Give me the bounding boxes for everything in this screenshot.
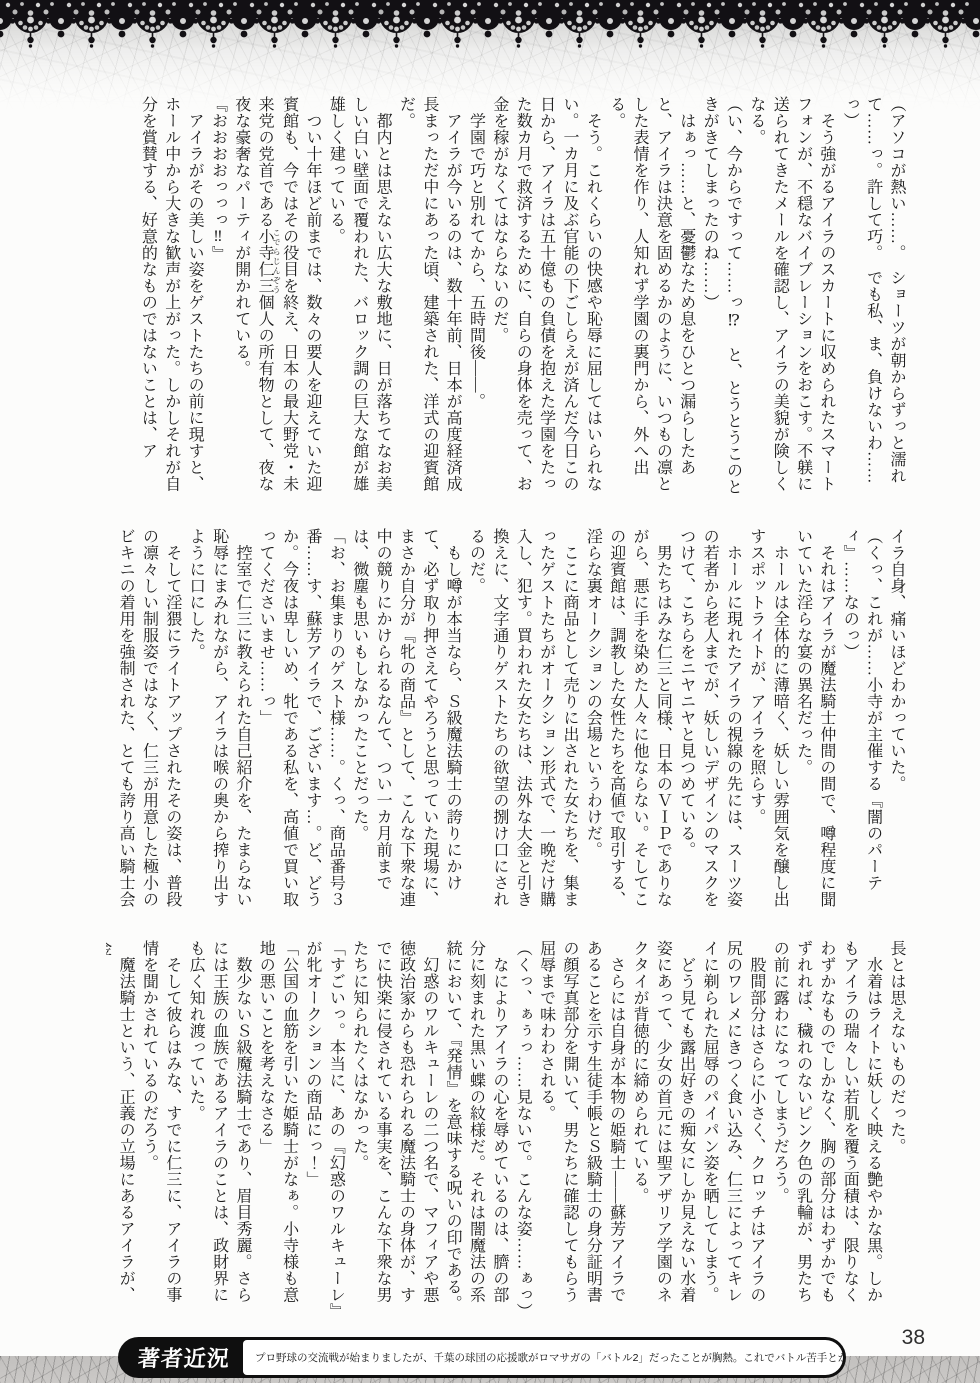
page-body: （アソコが熱い……。 ショーツが朝からずっと濡れて……っ。許して巧。 でも私、ま… bbox=[106, 96, 908, 1314]
paragraph: つい十年ほど前までは、数々の要人を迎えていた迎賓館も、今ではその役目を終え、日本… bbox=[229, 96, 324, 504]
paragraph: はぁっ……と、憂鬱なため息をひとつ漏らしたあと、アイラは決意を固めるかのように、… bbox=[604, 96, 697, 504]
paragraph: イラ自身、痛いほどわかっていた。 bbox=[885, 528, 908, 920]
author-news-text: プロ野球の交流戦が始まりましたが、千葉の球団の応援歌がロマサガの「バトル2」だっ… bbox=[243, 1340, 843, 1375]
paragraph: 股間部分はさらに小さく、クロッチはアイラの尻のワレメにきつく食い込み、仁三によっ… bbox=[698, 940, 768, 1314]
author-news-label: 著者近況 bbox=[117, 1337, 245, 1378]
paragraph: どう見ても露出好きの痴女にしか見えない水着姿にあって、少女の首元には聖アザリア学… bbox=[628, 940, 698, 1314]
paragraph: （くっ、これが……小寺が主催する『闇のパーティ』……なのっ） bbox=[838, 528, 885, 920]
paragraph: 「公国の血筋を引いた姫騎士がなぁ。小寺様も意地の悪いことを考えなさる」 bbox=[254, 940, 301, 1314]
paragraph: なによりアイラの心を辱めているのは、臍の部分に刻まれた黒い蝶の紋様だ。それは闇魔… bbox=[441, 940, 511, 1314]
text-band-1: （アソコが熱い……。 ショーツが朝からずっと濡れて……っ。許して巧。 でも私、ま… bbox=[106, 96, 908, 504]
paragraph: さらには自身が本物の姫騎士――蘇芳アイラであることを示す生徒手帳とＳ級騎士の身分… bbox=[534, 940, 627, 1314]
paragraph: それはアイラが魔法騎士仲間の間で、噂程度に聞いていた淫らな宴の異名だった。 bbox=[791, 528, 838, 920]
text-band-3: 長とは思えないものだった。 水着はライトに妖しく映える艶やかな黒。しかもアイラの… bbox=[106, 940, 908, 1314]
paragraph: （アソコが熱い……。 ショーツが朝からずっと濡れて……っ。許して巧。 でも私、ま… bbox=[838, 96, 908, 504]
paragraph: 「すごいっ。本当に、あの『幻惑のワルキューレ』が牝オークションの商品にっ！」 bbox=[301, 940, 348, 1314]
paragraph: （くっ、ぁぅっ……見ないで。こんな姿……ぁっ） bbox=[511, 940, 534, 1314]
paragraph: ホールに現れたアイラの視線の先には、スーツ姿の若者から老人までが、妖しいデザイン… bbox=[674, 528, 744, 920]
paragraph: 幻惑のワルキューレの二つ名で、マフィアや悪徳政治家からも恐れられる魔法騎士の身体… bbox=[347, 940, 440, 1314]
paragraph: 「お、お集まりのゲスト様……。くっ、商品番号３番……す、蘇芳アイラで、ございます… bbox=[254, 528, 347, 920]
paragraph: もし噂が本当なら、Ｓ級魔法騎士の誇りにかけて、必ず取り押さえてやろうと思っていた… bbox=[347, 528, 464, 920]
paragraph: そして淫猥にライトアップされたその姿は、普段の凛々しい制服姿ではなく、仁三が用意… bbox=[114, 528, 184, 920]
paragraph: 『おおおおっっっ‼』 bbox=[206, 96, 229, 504]
paragraph: 学園で巧と別れてから、五時間後――。 bbox=[464, 96, 487, 504]
paragraph: そして彼らはみな、すでに仁三に、アイラの事情を聞かされているのだろう。 bbox=[137, 940, 184, 1314]
paragraph: （い、今からですって……っ⁉ と、とうとうこのときがきてしまったのね……） bbox=[698, 96, 745, 504]
paragraph: 控室で仁三に教えられた自己紹介を、たまらない恥辱にまみれながら、アイラは喉の奥か… bbox=[184, 528, 254, 920]
author-news-bar: 著者近況 プロ野球の交流戦が始まりましたが、千葉の球団の応援歌がロマサガの「バト… bbox=[118, 1337, 846, 1378]
novel-page: （アソコが熱い……。 ショーツが朝からずっと濡れて……っ。許して巧。 でも私、ま… bbox=[0, 0, 980, 1383]
paragraph: ホールは全体的に薄暗く、妖しい雰囲気を醸し出すスポットライトが、アイラを照らす。 bbox=[744, 528, 791, 920]
paragraph: そう強がるアイラのスカートに収められたスマートフォンが、不穏なバイブレーションを… bbox=[744, 96, 837, 504]
paragraph: アイラがその美しい姿をゲストたちの前に現すと、ホール中から大きな歓声が上がった。… bbox=[136, 96, 206, 504]
paragraph: アイラが今いるのは、数十年前、日本が高度経済成長まっただ中にあった頃、建築された… bbox=[394, 96, 464, 504]
paragraph: 水着はライトに妖しく映える艶やかな黒。しかもアイラの瑞々しい若肌を覆う面積は、限… bbox=[768, 940, 885, 1314]
paragraph: 都内とは思えない広大な敷地に、日が落ちてなお美しい白い壁面で覆われた、バロック調… bbox=[324, 96, 394, 504]
lace-border-icon bbox=[0, 0, 980, 58]
paragraph: 男たちはみな仁三と同様、日本のＶＩＰでありながら、悪に手を染めた人々に他ならない… bbox=[581, 528, 674, 920]
paragraph: 数少ないＳ級魔法騎士であり、眉目秀麗。さらには王族の血族であるアイラのことは、政… bbox=[184, 940, 254, 1314]
paragraph: 魔法騎士という、正義の立場にあるアイラが、金 bbox=[106, 940, 137, 1314]
paragraph: 長とは思えないものだった。 bbox=[885, 940, 908, 1314]
paragraph: そう。これくらいの快感や恥辱に屈してはいられない。一カ月に及ぶ官能の下ごしらえが… bbox=[488, 96, 605, 504]
paragraph: ここに商品として売りに出された女たちを、集まったゲストたちがオークション形式で、… bbox=[464, 528, 581, 920]
text-band-2: イラ自身、痛いほどわかっていた。 （くっ、これが……小寺が主催する『闇のパーティ… bbox=[106, 528, 908, 920]
page-number: 38 bbox=[902, 1326, 925, 1350]
